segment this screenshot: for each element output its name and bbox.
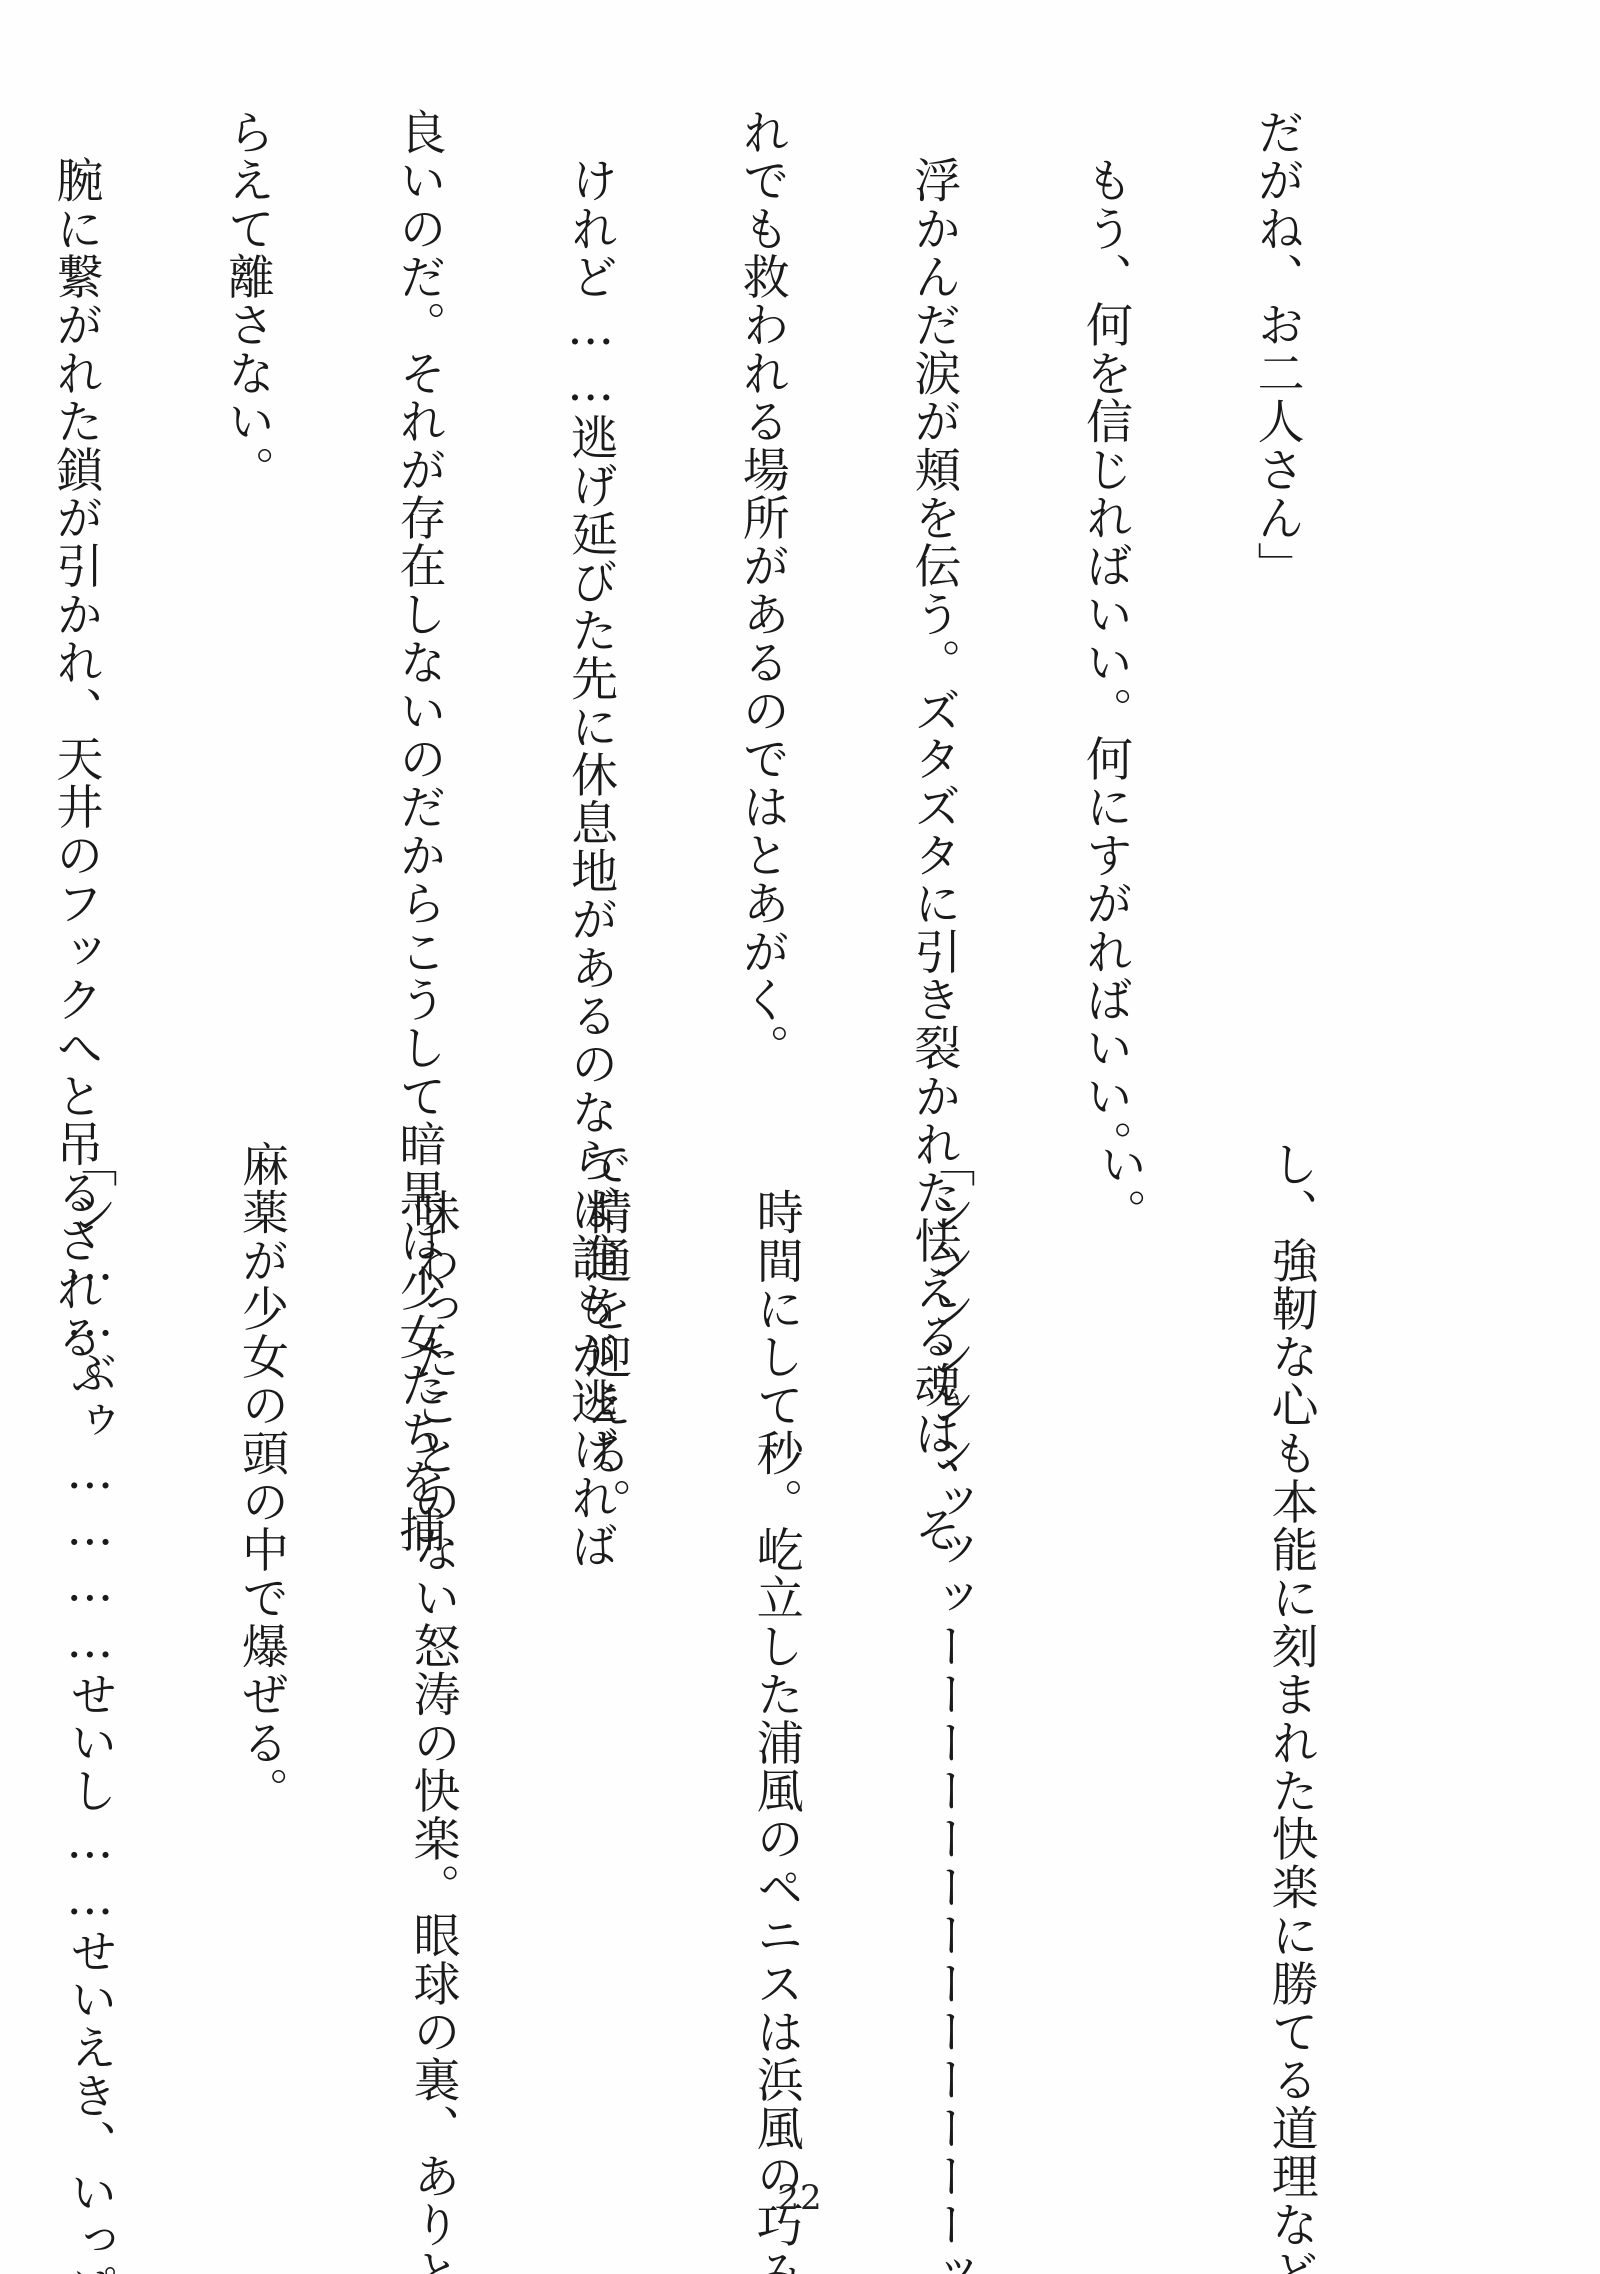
- page-number: 22: [0, 2178, 1600, 2218]
- text-line: だがね、お二人さん」: [1248, 108, 1305, 1068]
- text-line: らえて離さない。: [219, 108, 276, 1068]
- text-line: 腕に繋がれた鎖が引かれ、天井のフックへと吊るされる。: [47, 108, 104, 1068]
- text-line: 「ン……ぶゥ…………せいし……せいえき、いっぱ、い…………♥」: [61, 1140, 118, 2100]
- book-page: だがね、お二人さん」 もう、何を信じればいい。何にすがればいい。 浮かんだ涙が頬…: [0, 0, 1600, 2274]
- text-line: 味わったことのない怒涛の快楽。眼球の裏、ありとあらゆる脳内: [404, 1140, 461, 2100]
- text-block-bottom: し、強靭な心も本能に刻まれた快楽に勝てる道理などあるはずもな い。 「ンンンンン…: [174, 1140, 1434, 2100]
- text-line: し、強靭な心も本能に刻まれた快楽に勝てる道理などあるはずもな: [1262, 1140, 1319, 2100]
- text-line: で精通を迎える。: [576, 1140, 633, 2100]
- text-line: い。: [1091, 1140, 1148, 2100]
- text-line: 「ンンンンンンッッッーーーーーーーーーーーーーッ」: [919, 1140, 976, 2100]
- text-line: けれど……逃げ延びた先に休息地があるのならば誰もが逃げれば: [562, 108, 619, 1068]
- text-block-top: だがね、お二人さん」 もう、何を信じればいい。何にすがればいい。 浮かんだ涙が頬…: [180, 108, 1420, 1068]
- text-line: 時間にして秒。屹立した浦風のペニスは浜風の巧みなグラインド: [748, 1140, 805, 2100]
- text-line: れでも救われる場所があるのではとあがく。: [734, 108, 791, 1068]
- text-line: 麻薬が少女の頭の中で爆ぜる。: [233, 1140, 290, 2100]
- text-line: もう、何を信じればいい。何にすがればいい。: [1077, 108, 1134, 1068]
- text-line: 浮かんだ涙が頬を伝う。ズタズタに引き裂かれた怯える魂は、そ: [905, 108, 962, 1068]
- text-line: 良いのだ。それが存在しないのだからこうして暗黒は少女たちを捕: [390, 108, 447, 1068]
